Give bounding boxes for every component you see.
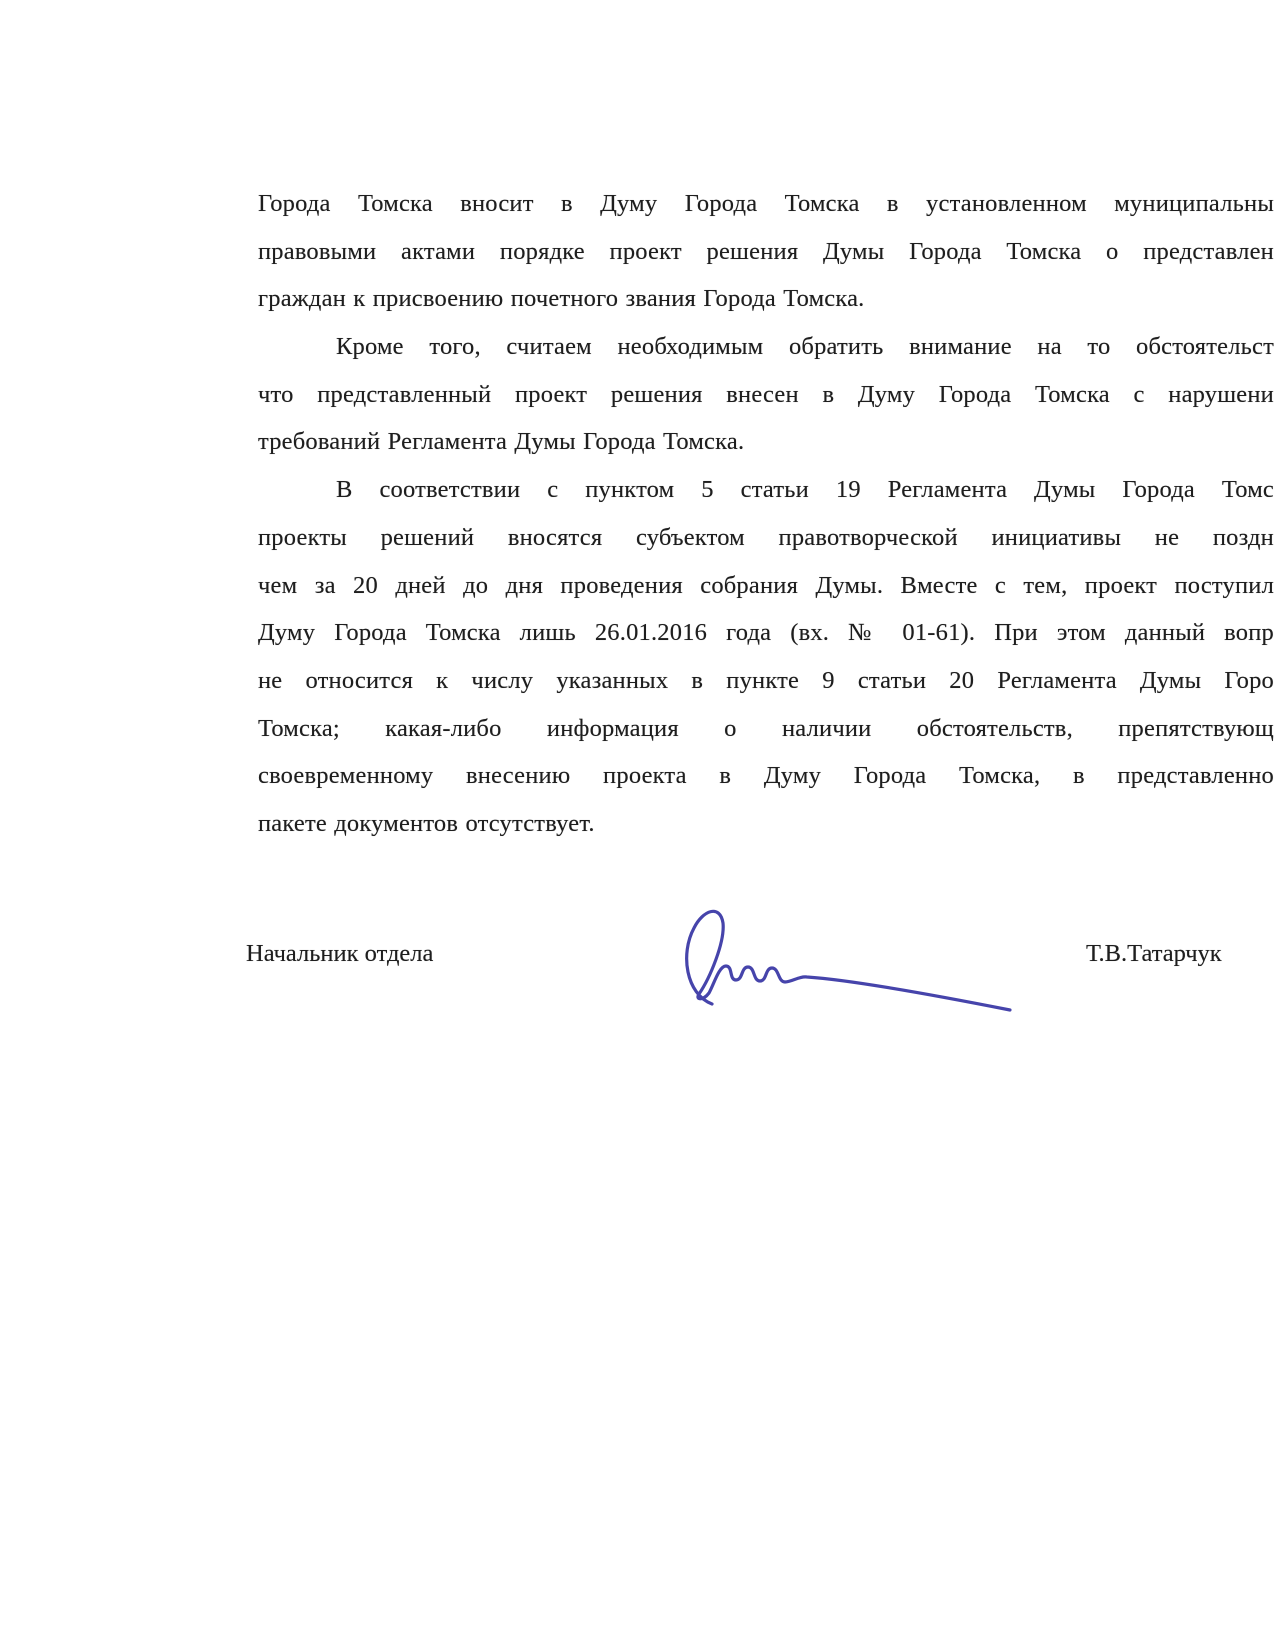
text-line: что представленный проект решения внесен…	[258, 371, 1274, 419]
text-line: правовыми актами порядке проект решения …	[258, 228, 1274, 276]
text-line: не относится к числу указанных в пункте …	[258, 657, 1274, 705]
paragraph: Кроме того, считаем необходимым обратить…	[258, 323, 1274, 466]
paragraph: Города Томска вносит в Думу Города Томск…	[258, 180, 1274, 323]
text-line: Города Томска вносит в Думу Города Томск…	[258, 180, 1274, 228]
text-line: Думу Города Томска лишь 26.01.2016 года …	[258, 609, 1274, 657]
text-line: граждан к присвоению почетного звания Го…	[258, 275, 1274, 323]
signatory-position-label: Начальник отдела	[246, 938, 433, 970]
scanned-document-page: Города Томска вносит в Думу Города Томск…	[0, 0, 1275, 1650]
text-line: пакете документов отсутствует.	[258, 800, 1274, 848]
text-line: Томска; какая-либо информация о наличии …	[258, 705, 1274, 753]
text-line: проекты решений вносятся субъектом право…	[258, 514, 1274, 562]
text-line: своевременному внесению проекта в Думу Г…	[258, 752, 1274, 800]
text-line: В соответствии с пунктом 5 статьи 19 Рег…	[258, 466, 1274, 514]
paragraph: В соответствии с пунктом 5 статьи 19 Рег…	[258, 466, 1274, 848]
text-line: требований Регламента Думы Города Томска…	[258, 418, 1274, 466]
handwritten-signature-icon	[672, 896, 1022, 1021]
document-body: Города Томска вносит в Думу Города Томск…	[258, 180, 1274, 848]
signatory-name: Т.В.Татарчук	[1086, 938, 1222, 970]
text-line: чем за 20 дней до дня проведения собрани…	[258, 562, 1274, 610]
text-line: Кроме того, считаем необходимым обратить…	[258, 323, 1274, 371]
